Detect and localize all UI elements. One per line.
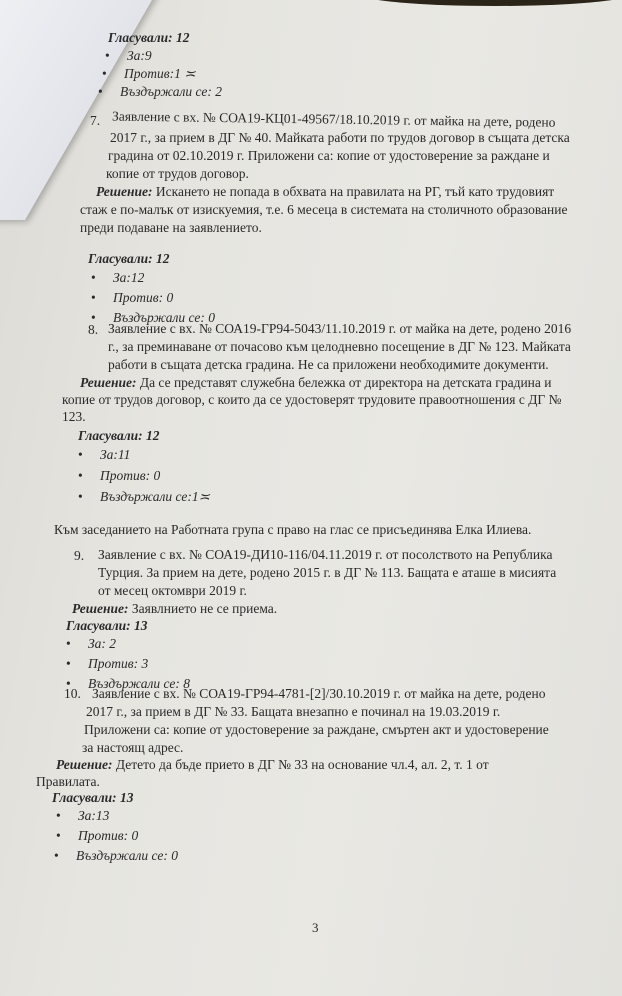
item-number: 10. xyxy=(64,686,81,702)
vote-abstain: Въздържали се: 0 xyxy=(76,848,178,864)
vote-against: Против: 0 xyxy=(113,290,173,306)
item-text: 2017 г., за прием в ДГ № 33. Бащата внез… xyxy=(86,704,500,720)
decision: Решение: Да се представят служебна бележ… xyxy=(80,375,551,391)
vote-for: За: 2 xyxy=(88,636,116,652)
item-text: градина от 02.10.2019 г. Приложени са: к… xyxy=(108,148,610,164)
vote-for: За:13 xyxy=(78,808,109,824)
page-number: 3 xyxy=(312,920,319,936)
decision-text: стаж е по-малък от изискуемия, т.е. 6 ме… xyxy=(80,202,567,218)
item-text: 2017 г., за прием в ДГ № 40. Майката раб… xyxy=(110,130,610,146)
item-text: г., за преминаване от почасово към целод… xyxy=(108,339,571,355)
votes-label: Гласували: 13 xyxy=(52,790,134,806)
decision-text: преди подаване на заявлението. xyxy=(80,220,262,236)
decision: Решение: Детето да бъде прието в ДГ № 33… xyxy=(56,757,489,773)
item-text: работи в същата детска градина. Не са пр… xyxy=(108,357,549,373)
vote-for: За:12 xyxy=(113,270,144,286)
vote-abstain: Въздържали се: 2 xyxy=(120,84,222,100)
vote-against: Против:1 ≍ xyxy=(124,66,196,82)
item-text: Приложени са: копие от удостоверение за … xyxy=(84,722,549,738)
item-text: Заявление с вх. № СОА19-ГР94-5043/11.10.… xyxy=(108,321,571,337)
vote-abstain: Въздържали се:1≍ xyxy=(100,489,210,505)
item-text: копие от трудов договор. xyxy=(106,166,249,182)
decision-text: 123. xyxy=(62,409,86,425)
vote-against: Против: 0 xyxy=(78,828,138,844)
item-number: 7. xyxy=(90,113,100,129)
item-text: Заявление с вх. № СОА19-ГР94-4781-[2]/30… xyxy=(92,686,546,702)
decision: Решение: Искането не попада в обхвата на… xyxy=(96,184,554,200)
item-text: Турция. За прием на дете, родено 2015 г.… xyxy=(98,565,556,581)
item-number: 9. xyxy=(74,548,84,564)
decision-text: копие от трудов договор, с които да се у… xyxy=(62,392,561,408)
votes-label: Гласували: 12 xyxy=(78,428,160,444)
votes-label: Гласували: 13 xyxy=(66,618,148,634)
vote-against: Против: 0 xyxy=(100,468,160,484)
vote-for: За:11 xyxy=(100,447,130,463)
item-text: за настоящ адрес. xyxy=(82,740,183,756)
votes-label: Гласували: 12 xyxy=(108,30,190,46)
decision: Решение: Заявлнието не се приема. xyxy=(72,601,277,617)
vote-against: Против: 3 xyxy=(88,656,148,672)
votes-label: Гласували: 12 xyxy=(88,251,170,267)
item-number: 8. xyxy=(88,322,98,338)
item-text: Заявление с вх. № СОА19-ДИ10-116/04.11.2… xyxy=(98,547,552,563)
item-text: от месец октомври 2019 г. xyxy=(98,583,247,599)
vote-for: За:9 xyxy=(127,48,152,64)
note-text: Към заседанието на Работната група с пра… xyxy=(54,522,531,538)
decision-text: Правилата. xyxy=(36,774,100,790)
